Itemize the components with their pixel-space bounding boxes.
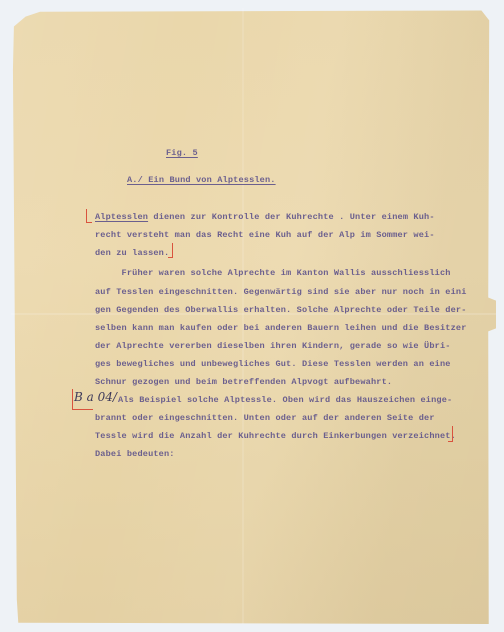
red-bracket-close-3 [448,426,453,442]
paragraph-2-line-1: Früher waren solche Alprechte im Kanton … [95,268,451,278]
paragraph-2-line-6: ges bewegliches und unbewegliches Gut. D… [95,359,451,369]
paper-fold-vertical [242,8,244,624]
underlined-term: Alptesslen [95,212,148,222]
paragraph-3-line-1: Als Beispiel solche Alptessle. Oben wird… [118,395,452,405]
paragraph-2-line-3: gen Gegenden des Oberwallis erhalten. So… [95,305,467,315]
paragraph-3-line-3: Tessle wird die Anzahl der Kuhrechte dur… [95,431,456,441]
red-bracket-open-1 [86,209,92,223]
paragraph-1-line-1: Alptesslen dienen zur Kontrolle der Kuhr… [95,212,435,222]
document-heading: A./ Ein Bund von Alptesslen. [127,175,276,185]
red-bracket-open-3 [72,389,93,410]
figure-label: Fig. 5 [166,148,198,158]
paragraph-1-line-3: den zu lassen. [95,248,169,258]
line-rest: dienen zur Kontrolle der Kuhrechte . Unt… [148,212,435,222]
paragraph-2-line-2: auf Tesslen eingeschnitten. Gegenwärtig … [95,287,467,297]
paragraph-3-line-4: Dabei bedeuten: [95,449,175,459]
paragraph-3-line-2: brannt oder eingeschnitten. Unten oder a… [95,413,435,423]
paragraph-1-line-2: recht versteht man das Recht eine Kuh au… [95,230,435,240]
red-bracket-close-1 [168,243,173,258]
paragraph-2-line-7: Schnur gezogen und beim betreffenden Alp… [95,377,392,387]
paragraph-2-line-5: der Alprechte vererben dieselben ihren K… [95,341,451,351]
document-page [11,8,496,624]
paragraph-2-line-4: selben kann man kaufen oder bei anderen … [95,323,467,333]
